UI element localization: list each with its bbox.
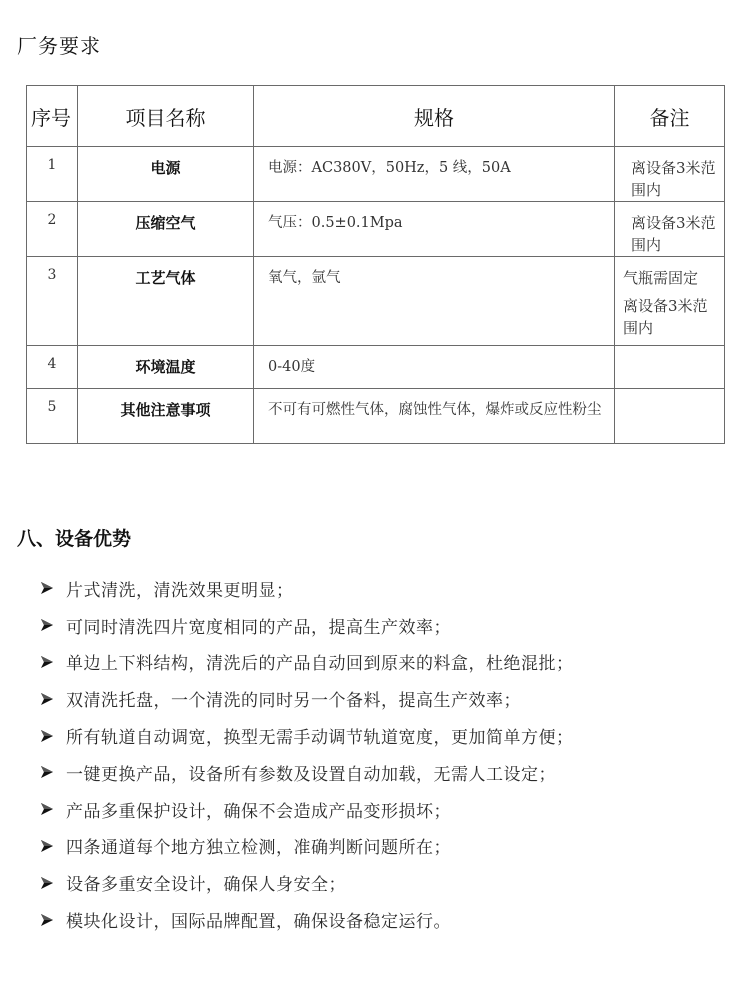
table-row: 5 其他注意事项 不可有可燃性气体，腐蚀性气体，爆炸或反应性粉尘 <box>27 389 725 444</box>
cell-no: 4 <box>27 346 78 389</box>
list-item: 四条通道每个地方独立检测，准确判断问题所在； <box>40 828 574 865</box>
cell-name: 其他注意事项 <box>78 389 254 444</box>
list-item: 可同时清洗四片宽度相同的产品，提高生产效率； <box>40 607 574 644</box>
cell-spec: 电源：AC380V，50Hz，5 线，50A <box>254 147 615 202</box>
cell-spec: 氧气，氩气 <box>254 257 615 346</box>
header-note: 备注 <box>615 86 725 147</box>
arrow-right-icon <box>40 618 66 632</box>
note-line: 气瓶需固定 <box>623 267 720 289</box>
table-row: 3 工艺气体 氧气，氩气 气瓶需固定 离设备3米范围内 <box>27 257 725 346</box>
cell-name: 工艺气体 <box>78 257 254 346</box>
list-item: 产品多重保护设计，确保不会造成产品变形损坏； <box>40 791 574 828</box>
arrow-right-icon <box>40 839 66 853</box>
cell-spec: 0-40度 <box>254 346 615 389</box>
advantage-text: 所有轨道自动调宽，换型无需手动调节轨道宽度，更加简单方便； <box>66 723 574 748</box>
advantage-text: 单边上下料结构，清洗后的产品自动回到原来的料盒，杜绝混批； <box>66 649 574 674</box>
section-title-equipment-advantages: 八、设备优势 <box>17 524 131 551</box>
note-line: 离设备3米范围内 <box>623 295 720 339</box>
arrow-right-icon <box>40 655 66 669</box>
table-row: 1 电源 电源：AC380V，50Hz，5 线，50A 离设备3米范围内 <box>27 147 725 202</box>
cell-note: 气瓶需固定 离设备3米范围内 <box>615 257 725 346</box>
list-item: 片式清洗，清洗效果更明显； <box>40 570 574 607</box>
advantage-text: 模块化设计，国际品牌配置，确保设备稳定运行。 <box>66 907 451 932</box>
header-item-name: 项目名称 <box>78 86 254 147</box>
cell-no: 1 <box>27 147 78 202</box>
list-item: 所有轨道自动调宽，换型无需手动调节轨道宽度，更加简单方便； <box>40 717 574 754</box>
arrow-right-icon <box>40 692 66 706</box>
header-spec: 规格 <box>254 86 615 147</box>
cell-spec: 气压：0.5±0.1Mpa <box>254 202 615 257</box>
section-title-facility-requirements: 厂务要求 <box>17 30 101 59</box>
arrow-right-icon <box>40 765 66 779</box>
table-row: 2 压缩空气 气压：0.5±0.1Mpa 离设备3米范围内 <box>27 202 725 257</box>
cell-name: 压缩空气 <box>78 202 254 257</box>
cell-note: 离设备3米范围内 <box>615 147 725 202</box>
facility-requirements-table: 序号 项目名称 规格 备注 1 电源 电源：AC380V，50Hz，5 线，50… <box>26 85 725 444</box>
advantage-text: 双清洗托盘，一个清洗的同时另一个备料，提高生产效率； <box>66 686 521 711</box>
cell-note <box>615 346 725 389</box>
cell-spec: 不可有可燃性气体，腐蚀性气体，爆炸或反应性粉尘 <box>254 389 615 444</box>
note-line: 离设备3米范围内 <box>631 212 720 256</box>
table-header-row: 序号 项目名称 规格 备注 <box>27 86 725 147</box>
arrow-right-icon <box>40 913 66 927</box>
cell-no: 5 <box>27 389 78 444</box>
list-item: 模块化设计，国际品牌配置，确保设备稳定运行。 <box>40 901 574 938</box>
advantages-list: 片式清洗，清洗效果更明显； 可同时清洗四片宽度相同的产品，提高生产效率； 单边上… <box>40 570 574 938</box>
cell-note: 离设备3米范围内 <box>615 202 725 257</box>
table-row: 4 环境温度 0-40度 <box>27 346 725 389</box>
list-item: 单边上下料结构，清洗后的产品自动回到原来的料盒，杜绝混批； <box>40 644 574 681</box>
arrow-right-icon <box>40 802 66 816</box>
advantage-text: 产品多重保护设计，确保不会造成产品变形损坏； <box>66 797 451 822</box>
arrow-right-icon <box>40 581 66 595</box>
list-item: 双清洗托盘，一个清洗的同时另一个备料，提高生产效率； <box>40 680 574 717</box>
list-item: 一键更换产品，设备所有参数及设置自动加载，无需人工设定； <box>40 754 574 791</box>
advantage-text: 四条通道每个地方独立检测，准确判断问题所在； <box>66 833 451 858</box>
arrow-right-icon <box>40 876 66 890</box>
header-no: 序号 <box>27 86 78 147</box>
arrow-right-icon <box>40 729 66 743</box>
cell-note <box>615 389 725 444</box>
cell-name: 环境温度 <box>78 346 254 389</box>
cell-no: 2 <box>27 202 78 257</box>
advantage-text: 可同时清洗四片宽度相同的产品，提高生产效率； <box>66 613 451 638</box>
advantage-text: 设备多重安全设计，确保人身安全； <box>66 870 346 895</box>
cell-no: 3 <box>27 257 78 346</box>
advantage-text: 片式清洗，清洗效果更明显； <box>66 576 294 601</box>
cell-name: 电源 <box>78 147 254 202</box>
list-item: 设备多重安全设计，确保人身安全； <box>40 864 574 901</box>
advantage-text: 一键更换产品，设备所有参数及设置自动加载，无需人工设定； <box>66 760 556 785</box>
note-line: 离设备3米范围内 <box>631 157 720 201</box>
